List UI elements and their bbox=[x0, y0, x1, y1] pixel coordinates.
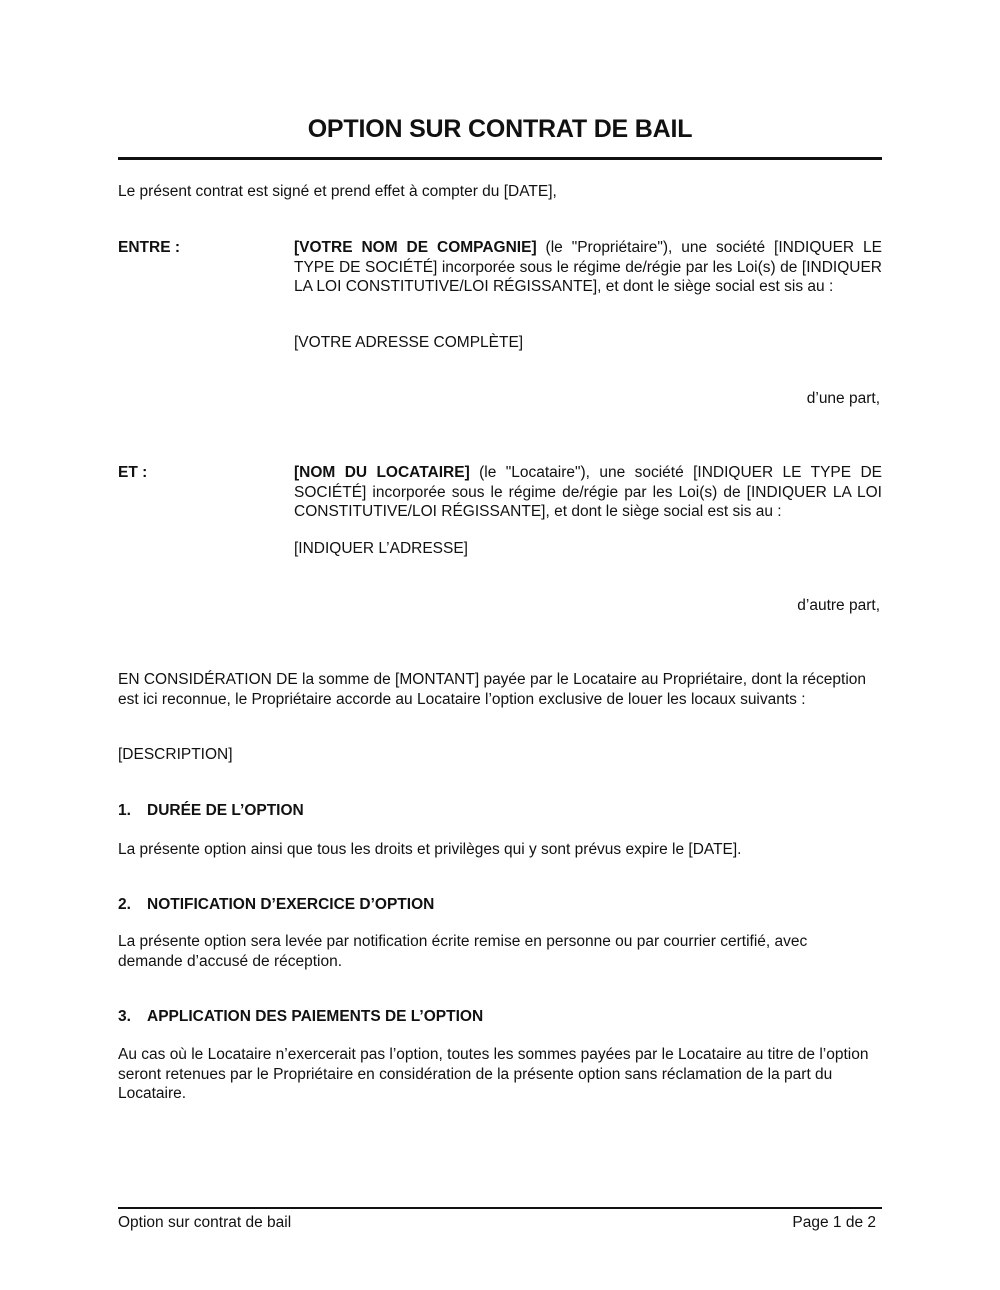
party-address-tenant: [INDIQUER L’ADRESSE] bbox=[294, 539, 468, 559]
intro-paragraph: Le présent contrat est signé et prend ef… bbox=[118, 182, 882, 202]
section-body-2: La présente option sera levée par notifi… bbox=[118, 932, 858, 971]
consideration-paragraph: EN CONSIDÉRATION DE la somme de [MONTANT… bbox=[118, 670, 868, 709]
section-body-1: La présente option ainsi que tous les dr… bbox=[118, 840, 882, 860]
party-closing-owner: d’une part, bbox=[118, 389, 880, 409]
section-title-3: APPLICATION DES PAIEMENTS DE L’OPTION bbox=[147, 1008, 483, 1025]
section-body-3: Au cas où le Locataire n’exercerait pas … bbox=[118, 1045, 880, 1104]
document-title: OPTION SUR CONTRAT DE BAIL bbox=[118, 114, 882, 144]
party-address-owner: [VOTRE ADRESSE COMPLÈTE] bbox=[294, 333, 523, 353]
party-label-et: ET : bbox=[118, 463, 147, 483]
party-name-owner: [VOTRE NOM DE COMPAGNIE] bbox=[294, 239, 537, 256]
footer-document-name: Option sur contrat de bail bbox=[118, 1213, 291, 1233]
section-heading-1: 1.DURÉE DE L’OPTION bbox=[118, 801, 304, 821]
party-name-tenant: [NOM DU LOCATAIRE] bbox=[294, 464, 470, 481]
party-closing-tenant: d’autre part, bbox=[118, 596, 880, 616]
section-number-1: 1. bbox=[118, 801, 147, 821]
section-number-2: 2. bbox=[118, 895, 147, 915]
section-title-1: DURÉE DE L’OPTION bbox=[147, 802, 304, 819]
description-placeholder: [DESCRIPTION] bbox=[118, 745, 882, 765]
section-heading-2: 2.NOTIFICATION D’EXERCICE D’OPTION bbox=[118, 895, 434, 915]
party-description-owner: [VOTRE NOM DE COMPAGNIE] (le "Propriétai… bbox=[294, 238, 882, 297]
document-page: OPTION SUR CONTRAT DE BAIL Le présent co… bbox=[118, 0, 882, 1290]
title-divider bbox=[118, 157, 882, 160]
party-label-entre: ENTRE : bbox=[118, 238, 180, 258]
party-description-tenant: [NOM DU LOCATAIRE] (le "Locataire"), une… bbox=[294, 463, 882, 522]
footer-divider bbox=[118, 1207, 882, 1209]
footer-page-number: Page 1 de 2 bbox=[792, 1213, 876, 1233]
section-number-3: 3. bbox=[118, 1007, 147, 1027]
section-heading-3: 3.APPLICATION DES PAIEMENTS DE L’OPTION bbox=[118, 1007, 483, 1027]
section-title-2: NOTIFICATION D’EXERCICE D’OPTION bbox=[147, 896, 434, 913]
